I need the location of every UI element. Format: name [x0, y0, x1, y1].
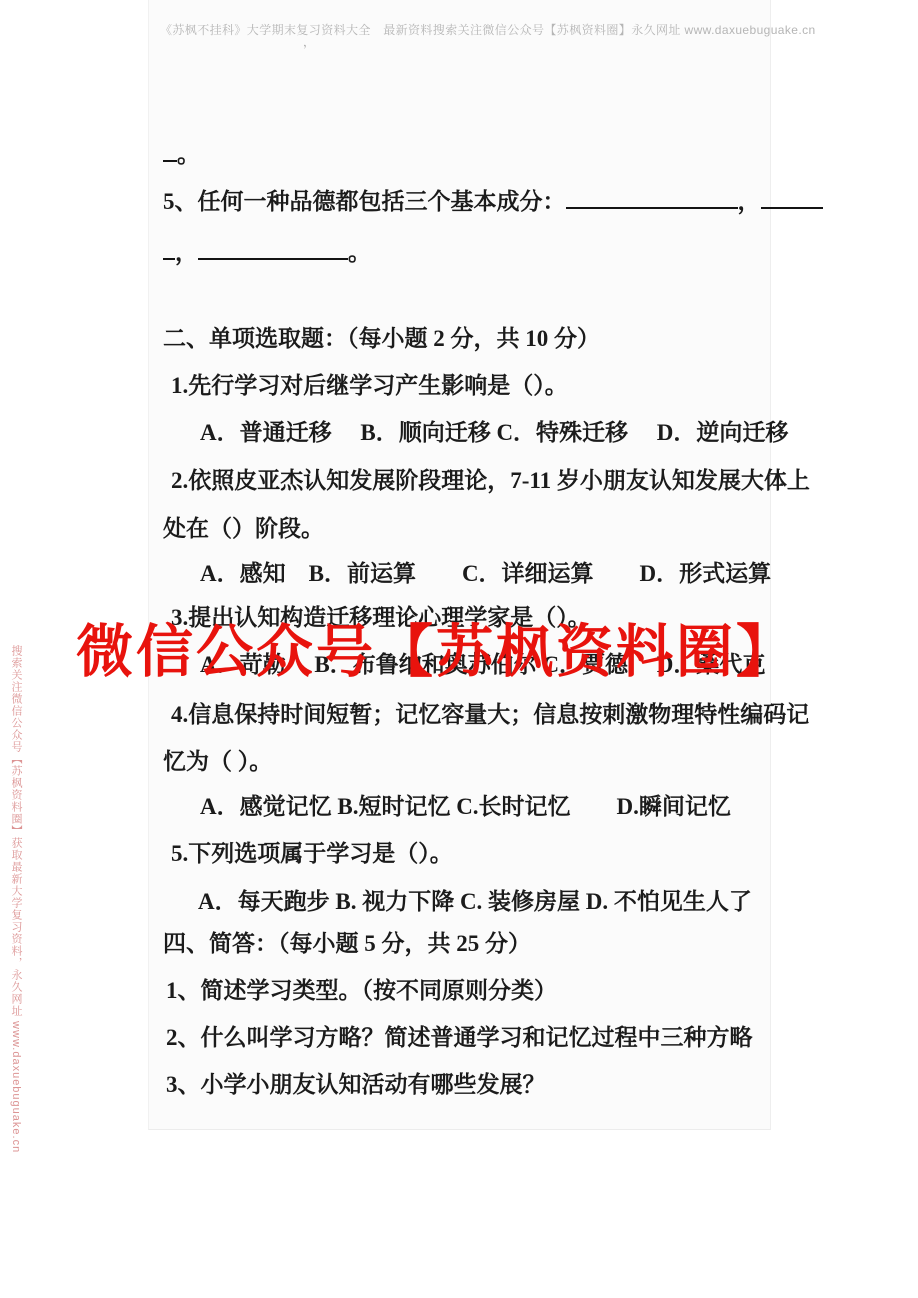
- fill-blank-question-5: 5、任何一种品德都包括三个基本成分：，: [163, 187, 823, 217]
- mcq-question-1: 1.先行学习对后继学习产生影响是（）。: [171, 371, 568, 401]
- blank-separator: ，: [175, 240, 198, 265]
- mcq-options-5: A．每天跑步 B. 视力下降 C. 装修房屋 D. 不怕见生人了: [198, 887, 752, 917]
- side-vertical-watermark: 搜索关注微信公众号【苏枫资料圈】获取最新大学复习资料，永久网址 www.daxu…: [8, 645, 24, 1075]
- fill-blank-wrap-line: ，。: [163, 238, 371, 268]
- question-text: 5、任何一种品德都包括三个基本成分：: [163, 189, 566, 214]
- mcq-question-5: 5.下列选项属于学习是（）。: [171, 839, 453, 869]
- short-answer-question-1: 1、简述学习类型。（按不同原则分类）: [166, 976, 557, 1006]
- center-red-watermark: 微信公众号【苏枫资料圈】: [76, 606, 796, 688]
- mcq-question-4-wrap: 忆为（ ）。: [163, 747, 272, 777]
- answer-blank: [761, 207, 823, 209]
- mcq-options-4: A．感觉记忆 B.短时记忆 C.长时记忆 D.瞬间记忆: [200, 792, 731, 822]
- header-stray-mark: ，: [303, 33, 315, 50]
- blank-period: 。: [348, 240, 371, 265]
- mcq-question-2-wrap: 处在（）阶段。: [163, 514, 324, 544]
- section-heading-mcq: 二、单项选取题：（每小题 2 分，共 10 分）: [163, 324, 600, 354]
- header-watermark: 《苏枫不挂科》大学期末复习资料大全 最新资料搜索关注微信公众号【苏枫资料圈】永久…: [160, 21, 800, 38]
- short-answer-question-2: 2、什么叫学习方略？简述普通学习和记忆过程中三种方略: [166, 1023, 753, 1053]
- document-page: 《苏枫不挂科》大学期末复习资料大全 最新资料搜索关注微信公众号【苏枫资料圈】永久…: [0, 0, 918, 1298]
- answer-blank: [566, 207, 738, 209]
- short-answer-question-3: 3、小学小朋友认知活动有哪些发展？: [166, 1070, 546, 1100]
- mcq-question-4: 4.信息保持时间短暂；记忆容量大；信息按刺激物理特性编码记: [171, 700, 809, 730]
- answer-blank: [163, 160, 177, 162]
- blank-line-carryover: 。: [163, 140, 200, 170]
- mcq-options-2: A．感知 B．前运算 C．详细运算 D．形式运算: [200, 559, 771, 589]
- answer-blank: [198, 258, 348, 260]
- section-heading-short-answer: 四、简答：（每小题 5 分，共 25 分）: [163, 929, 531, 959]
- blank-line-period: 。: [177, 142, 200, 167]
- answer-blank: [163, 258, 175, 260]
- mcq-options-1: A．普通迁移 B．顺向迁移 C．特殊迁移 D．逆向迁移: [200, 418, 788, 448]
- mcq-question-2: 2.依照皮亚杰认知发展阶段理论，7-11 岁小朋友认知发展大体上: [171, 466, 810, 496]
- blank-separator: ，: [738, 189, 761, 214]
